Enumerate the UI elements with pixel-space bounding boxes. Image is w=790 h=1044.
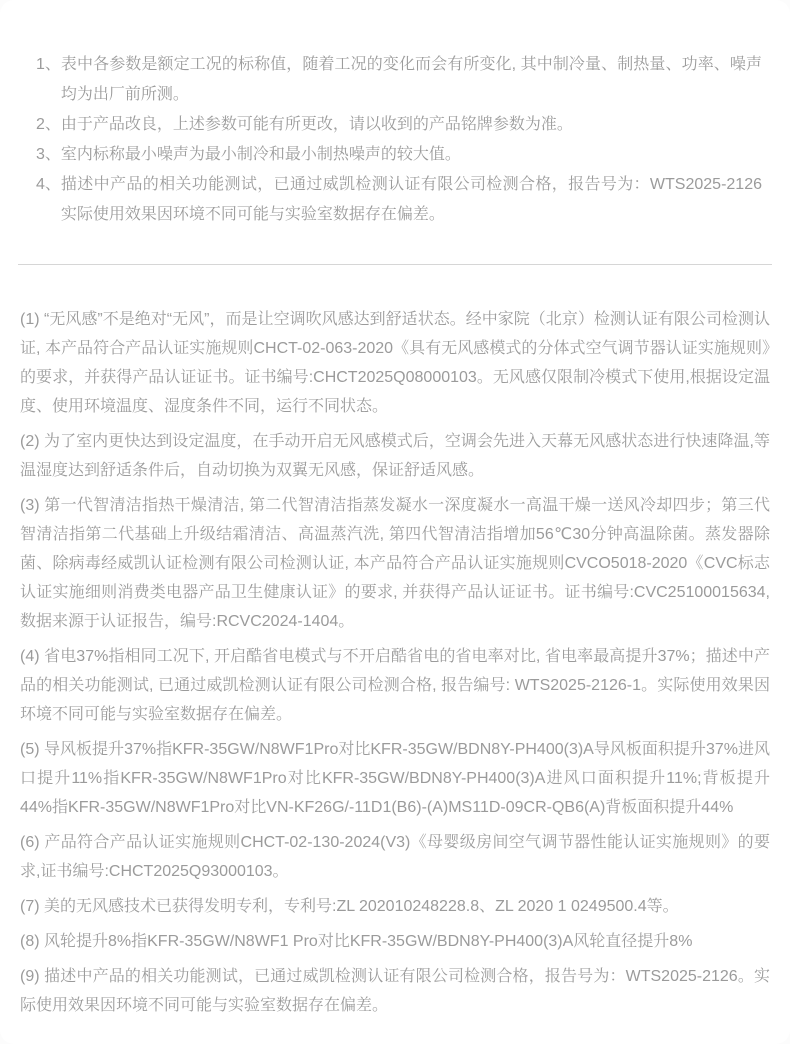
disclaimer-paragraph: (8) 风轮提升8%指KFR-35GW/N8WF1 Pro对比KFR-35GW/… xyxy=(20,927,770,956)
list-item: 1、 表中各参数是额定工况的标称值，随着工况的变化而会有所变化, 其中制冷量、制… xyxy=(36,50,762,110)
disclaimer-paragraph: (9) 描述中产品的相关功能测试，已通过威凯检测认证有限公司检测合格，报告号为：… xyxy=(20,962,770,1020)
disclaimer-paragraph: (1) “无风感”不是绝对“无风”，而是让空调吹风感达到舒适状态。经中家院（北京… xyxy=(20,305,770,421)
disclaimer-paragraph: (3) 第一代智清洁指热干燥清洁, 第二代智清洁指蒸发凝水一深度凝水一高温干燥一… xyxy=(20,491,770,636)
spec-notes-list: 1、 表中各参数是额定工况的标称值，随着工况的变化而会有所变化, 其中制冷量、制… xyxy=(0,0,790,230)
disclaimer-paragraph: (2) 为了室内更快达到设定温度，在手动开启无风感模式后，空调会先进入天幕无风感… xyxy=(20,427,770,485)
note-number: 2、 xyxy=(36,110,61,140)
list-item: 3、 室内标称最小噪声为最小制冷和最小制热噪声的较大值。 xyxy=(36,140,762,170)
disclaimer-paragraph: (7) 美的无风感技术已获得发明专利，专利号:ZL 202010248228.8… xyxy=(20,892,770,921)
note-text: 由于产品改良，上述参数可能有所更改，请以收到的产品铭牌参数为准。 xyxy=(61,110,762,140)
note-number: 4、 xyxy=(36,170,61,230)
disclaimer-paragraph: (5) 导风板提升37%指KFR-35GW/N8WF1Pro对比KFR-35GW… xyxy=(20,735,770,822)
note-number: 1、 xyxy=(36,50,61,110)
list-item: 4、 描述中产品的相关功能测试，已通过威凯检测认证有限公司检测合格，报告号为：W… xyxy=(36,170,762,230)
disclaimer-paragraph: (6) 产品符合产品认证实施规则CHCT-02-130-2024(V3)《母婴级… xyxy=(20,828,770,886)
product-disclaimer-card: 1、 表中各参数是额定工况的标称值，随着工况的变化而会有所变化, 其中制冷量、制… xyxy=(0,0,790,1044)
note-text: 室内标称最小噪声为最小制冷和最小制热噪声的较大值。 xyxy=(61,140,762,170)
feature-disclaimers-section: (1) “无风感”不是绝对“无风”，而是让空调吹风感达到舒适状态。经中家院（北京… xyxy=(0,265,790,1020)
note-number: 3、 xyxy=(36,140,61,170)
note-text: 描述中产品的相关功能测试，已通过威凯检测认证有限公司检测合格，报告号为：WTS2… xyxy=(61,170,762,230)
note-text: 表中各参数是额定工况的标称值，随着工况的变化而会有所变化, 其中制冷量、制热量、… xyxy=(61,50,762,110)
disclaimer-paragraph: (4) 省电37%指相同工况下, 开启酷省电模式与不开启酷省电的省电率对比, 省… xyxy=(20,642,770,729)
list-item: 2、 由于产品改良，上述参数可能有所更改，请以收到的产品铭牌参数为准。 xyxy=(36,110,762,140)
